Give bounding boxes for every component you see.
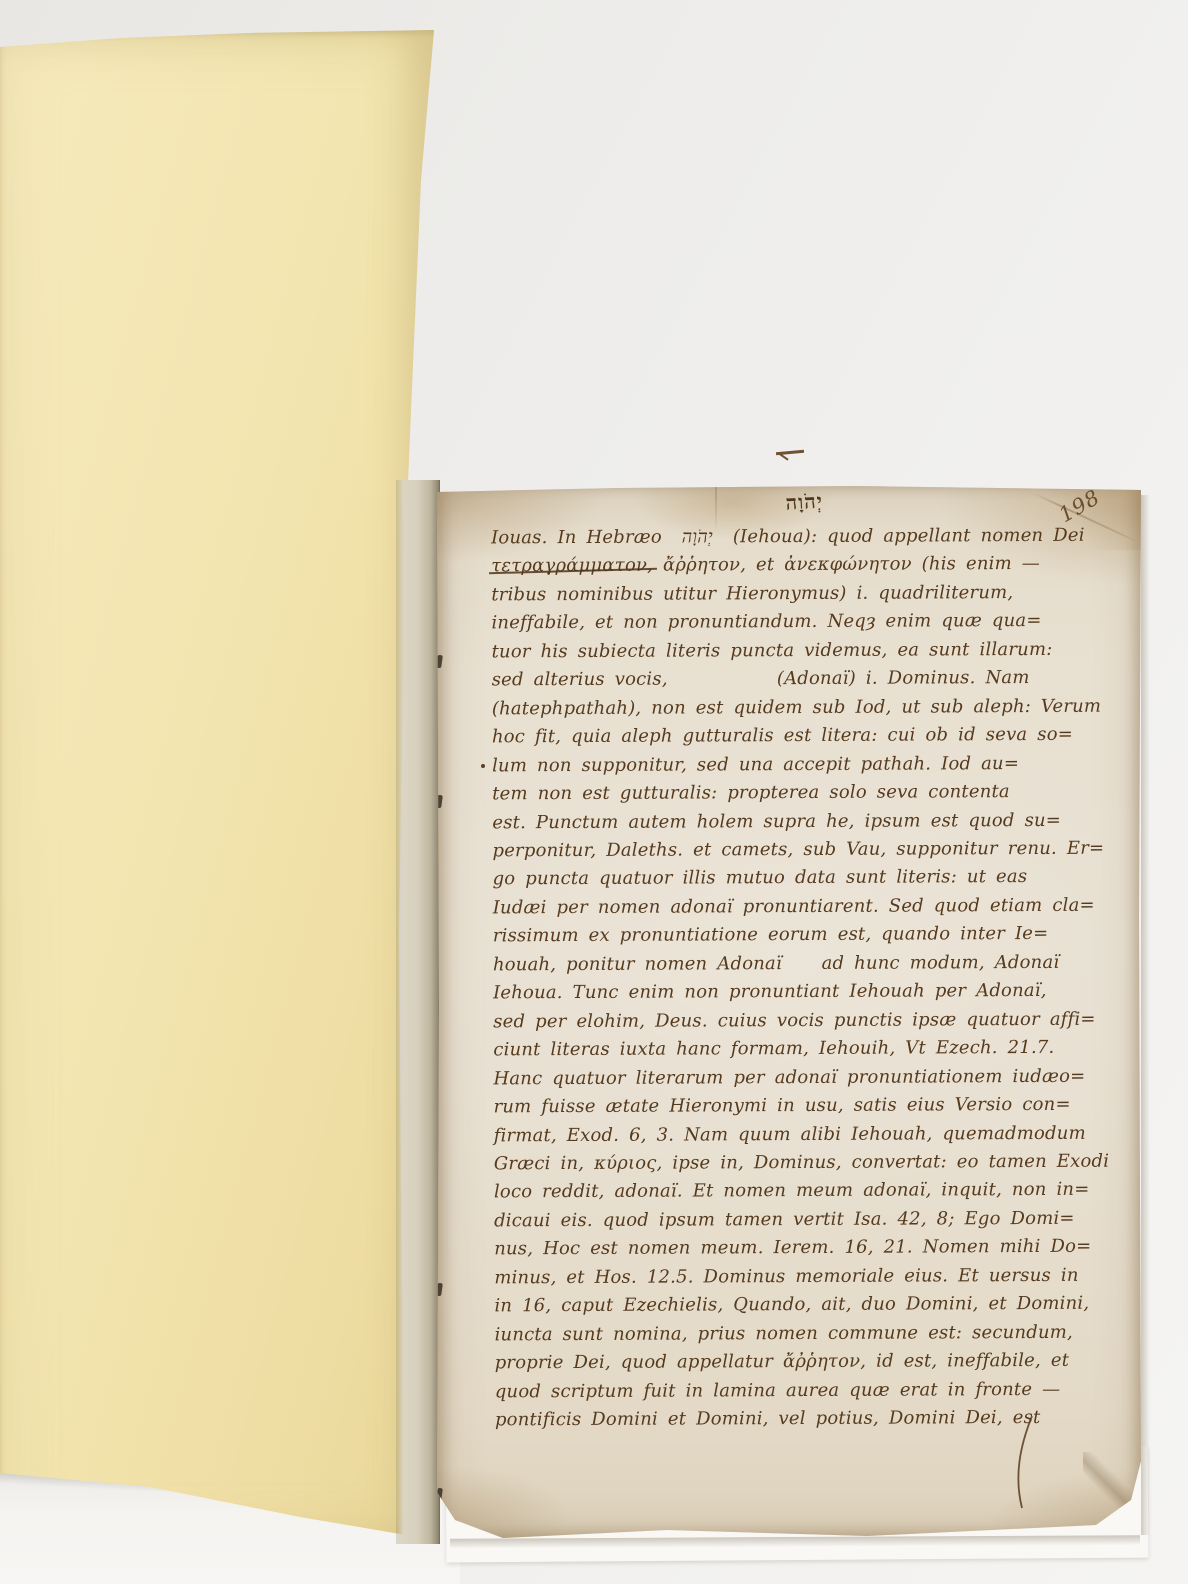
manuscript-line: tribus nominibus utitur Hieronymus) i. q…: [491, 579, 1111, 610]
manuscript-line: minus, et Hos. 12.5. Dominus memoriale e…: [494, 1261, 1114, 1292]
manuscript-line: iuncta sunt nomina, prius nomen commune …: [494, 1318, 1114, 1349]
manuscript-page: יְהֹוָה 198 Iouas. In Hebræo יְהֹוָה (Ie…: [437, 486, 1141, 1540]
manuscript-line: dicaui eis. quod ipsum tamen vertit Isa.…: [494, 1205, 1114, 1236]
stray-ink-mark: [776, 449, 808, 461]
manuscript-line: tuor his subiecta literis puncta videmus…: [492, 635, 1112, 666]
manuscript-line: est. Punctum autem holem supra he, ipsum…: [492, 806, 1112, 837]
manuscript-line: go puncta quatuor illis mutuo data sunt …: [493, 863, 1113, 894]
manuscript-line: houah, ponitur nomen Adonaï ad hunc modu…: [493, 948, 1113, 979]
manuscript-line: nus, Hoc est nomen meum. Ierem. 16, 21. …: [494, 1233, 1114, 1264]
manuscript-line: firmat, Exod. 6, 3. Nam quum alibi Iehou…: [494, 1119, 1114, 1150]
manuscript-line: proprie Dei, quod appellatur ἄῤῥητον, id…: [495, 1347, 1115, 1378]
manuscript-line: ineffabile, et non pronuntiandum. Neqȝ e…: [491, 607, 1111, 638]
manuscript-line: in 16, caput Ezechielis, Quando, ait, du…: [494, 1290, 1114, 1321]
hebrew-heading: יְהֹוָה: [732, 489, 823, 519]
stray-ink-stroke: [779, 453, 788, 460]
manuscript-line: lum non supponitur, sed una accepit path…: [492, 749, 1112, 780]
manuscript-line: (hatephpathah), non est quidem sub Iod, …: [492, 692, 1112, 723]
manuscript-shadow-right: [1141, 495, 1150, 1535]
manuscript-line: Hanc quatuor literarum per adonaï pronun…: [493, 1062, 1113, 1093]
manuscript-text: Iouas. In Hebræo יְהֹוָה (Iehoua): quod …: [491, 522, 1115, 1435]
binding-gutter: [396, 480, 440, 1544]
manuscript-line: sed alterius vocis, (Adonaï) i. Dominus.…: [492, 664, 1112, 695]
manuscript-line: perponitur, Daleths. et camets, sub Vau,…: [492, 835, 1112, 866]
manuscript-line: Græci in, κύριος, ipse in, Dominus, conv…: [494, 1148, 1114, 1179]
manuscript-line: Iouas. In Hebræo יְהֹוָה (Iehoua): quod …: [491, 522, 1111, 553]
manuscript-line: Iudæi per nomen adonaï pronuntiarent. Se…: [493, 892, 1113, 923]
photo-backdrop: יְהֹוָה 198 Iouas. In Hebræo יְהֹוָה (Ie…: [0, 0, 1188, 1584]
manuscript-line: τετραγράμματον, ἄῤῥητον, et ἀνεκφώνητον …: [491, 550, 1111, 581]
manuscript-line: sed per elohim, Deus. cuius vocis puncti…: [493, 1005, 1113, 1036]
margin-ink-dot: [481, 764, 485, 768]
manuscript-line: Iehoua. Tunc enim non pronuntiant Iehoua…: [493, 977, 1113, 1008]
manuscript-line: quod scriptum fuit in lamina aurea quæ e…: [495, 1375, 1115, 1406]
cover-page: [0, 30, 436, 1545]
manuscript-line: rum fuisse ætate Hieronymi in usu, satis…: [493, 1091, 1113, 1122]
manuscript-line: rissimum ex pronuntiatione eorum est, qu…: [493, 920, 1113, 951]
manuscript-line: tem non est gutturalis: propterea solo s…: [492, 778, 1112, 809]
manuscript-line: hoc fit, quia aleph gutturalis est liter…: [492, 721, 1112, 752]
descender-flourish: [1012, 1416, 1042, 1516]
manuscript-line: ciunt literas iuxta hanc formam, Iehouih…: [493, 1034, 1113, 1065]
manuscript-line: loco reddit, adonaï. Et nomen meum adona…: [494, 1176, 1114, 1207]
